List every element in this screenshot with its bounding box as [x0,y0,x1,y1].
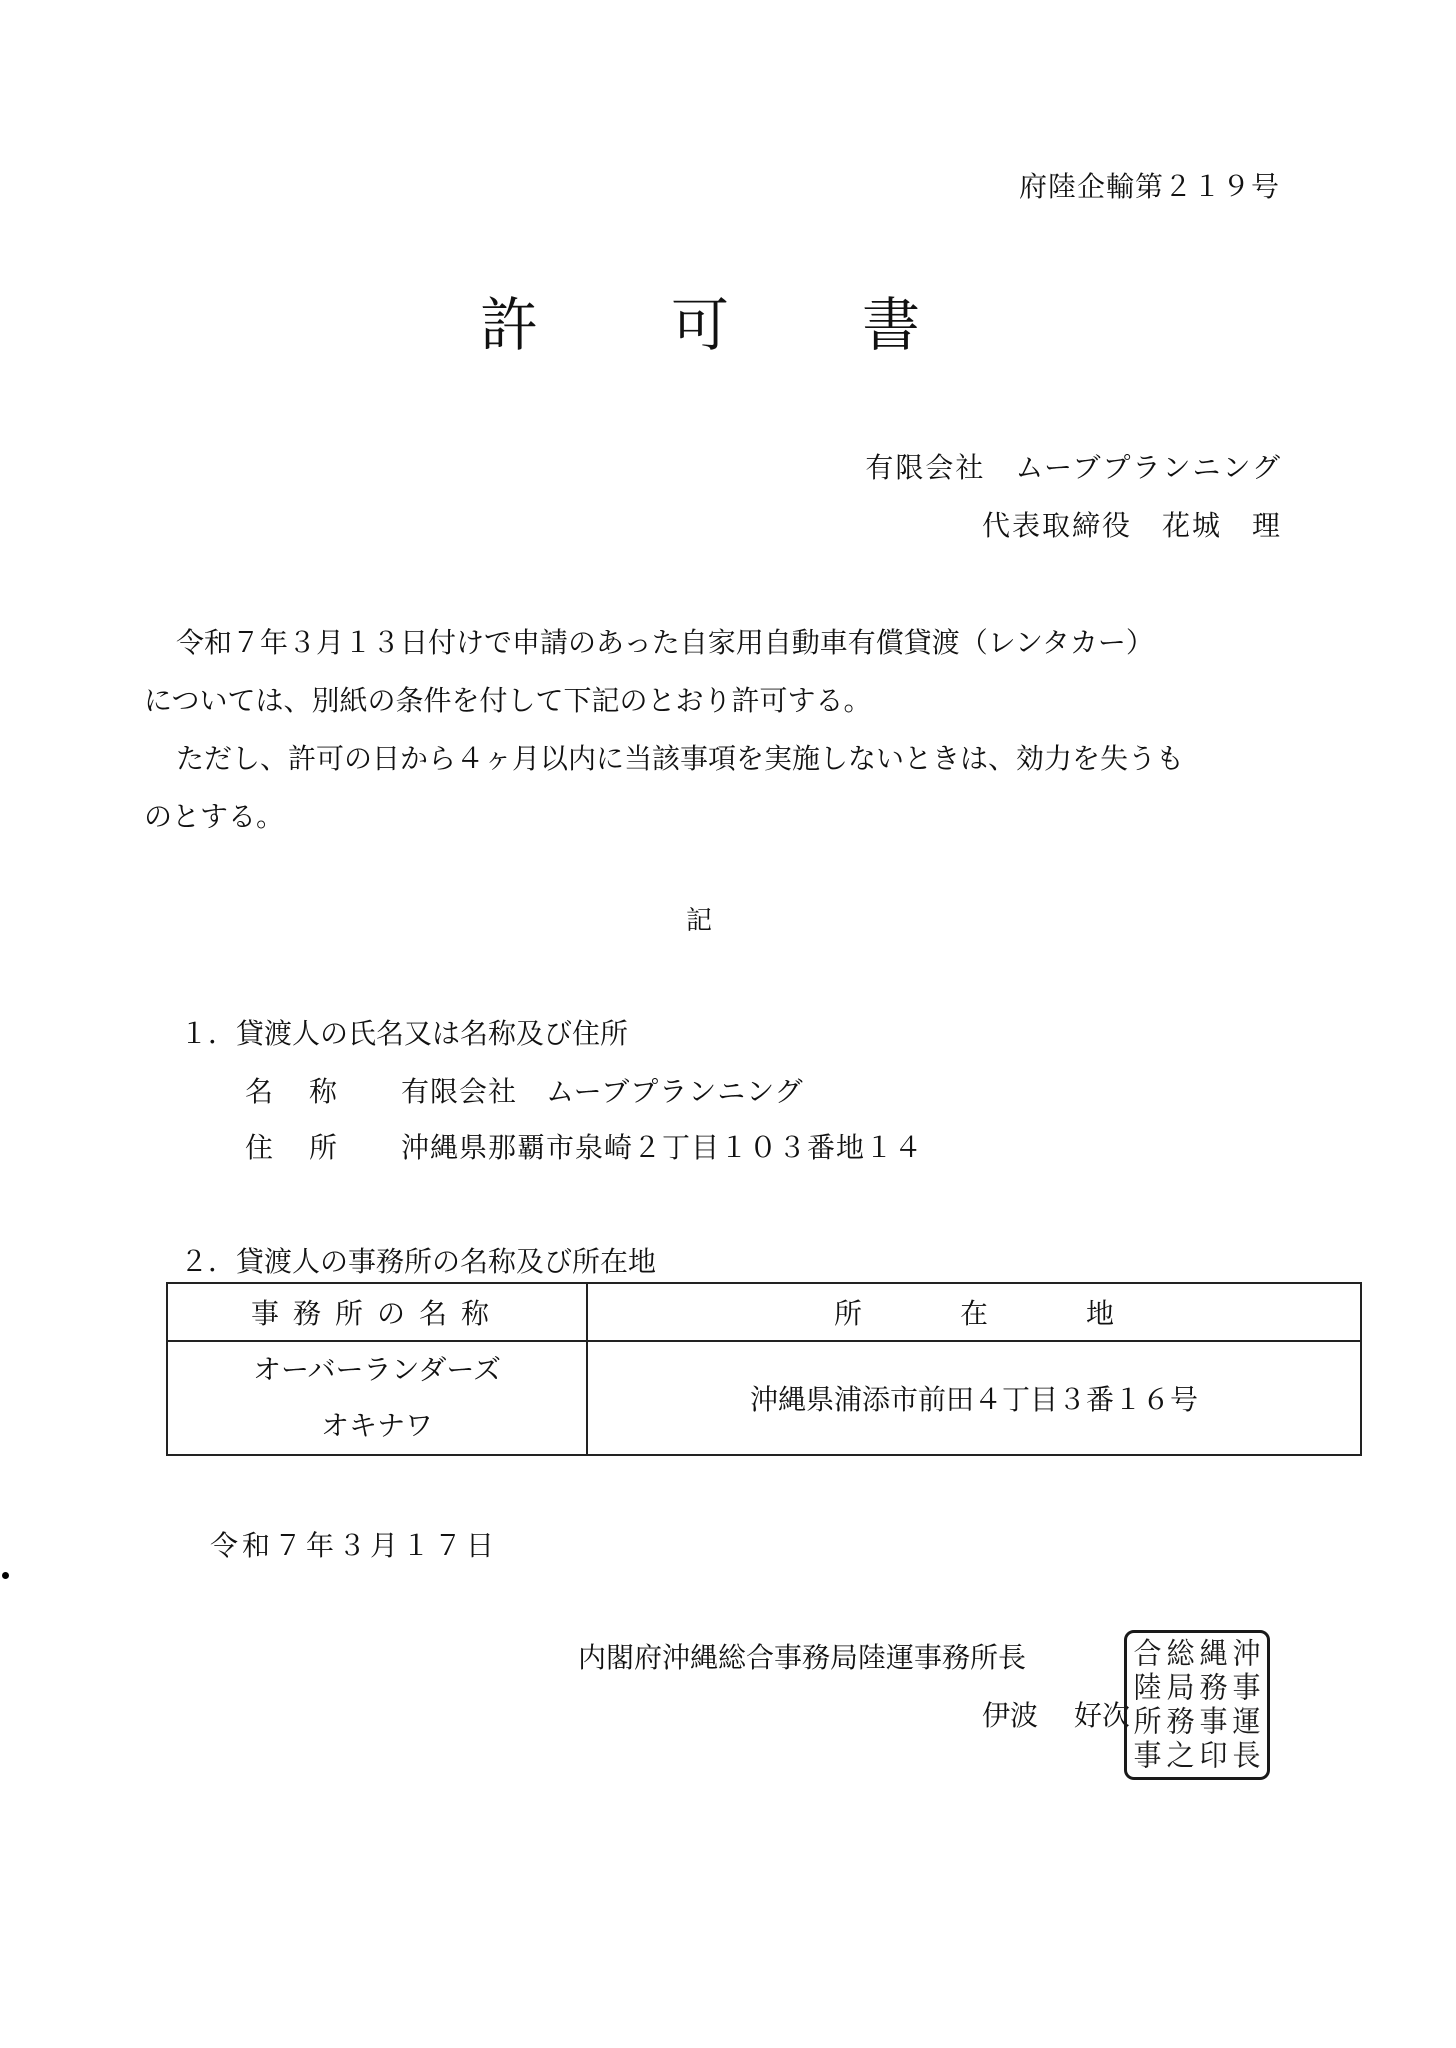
office-name-cell: オーバーランダーズ オキナワ [167,1341,587,1455]
body-line: 令和７年３月１３日付けで申請のあった自家用自動車有償貸渡（レンタカー） [144,614,1294,672]
item1-heading: １．貸渡人の氏名又は名称及び住所 [180,1012,628,1052]
title-char: 書 [862,290,920,360]
recipient-company: 有限会社 ムーブプランニング [865,446,1282,486]
lender-address-label: 住 所 [245,1126,401,1166]
permit-document-page: 府陸企輸第２１９号 許 可 書 有限会社 ムーブプランニング 代表取締役 花城 … [0,0,1456,2048]
header-office-name: 事務所の名称 [167,1283,587,1341]
issue-date: 令和７年３月１７日 [210,1524,498,1564]
header-location: 所 在 地 [587,1283,1361,1341]
office-location-cell: 沖縄県浦添市前田４丁目３番１６号 [587,1341,1361,1455]
lender-name-row: 名 称 有限会社 ムーブプランニング [245,1070,804,1110]
issuer-name: 伊波好次 [982,1694,1130,1734]
lender-address-row: 住 所 沖縄県那覇市泉崎２丁目１０３番地１４ [245,1126,923,1166]
lender-name-label: 名 称 [245,1070,401,1110]
title-char: 許 [480,290,538,360]
lender-name-value: 有限会社 ムーブプランニング [401,1070,804,1110]
recipient-representative: 代表取締役 花城 理 [982,504,1282,544]
body-line: については、別紙の条件を付して下記のとおり許可する。 [144,672,1294,730]
document-number: 府陸企輸第２１９号 [1019,165,1280,205]
lender-address-value: 沖縄県那覇市泉崎２丁目１０３番地１４ [401,1126,923,1166]
table-row: オーバーランダーズ オキナワ 沖縄県浦添市前田４丁目３番１６号 [167,1341,1361,1455]
body-line: のとする。 [144,788,1294,846]
ki-marker: 記 [686,900,712,937]
scan-speck [2,1572,9,1579]
official-seal-stamp: 沖 事 運 長 縄 務 事 印 総 局 務 之 合 陸 所 事 [1124,1630,1270,1780]
office-table: 事務所の名称 所 在 地 オーバーランダーズ オキナワ 沖縄県浦添市前田４丁目３… [166,1282,1362,1456]
title-char: 可 [671,290,729,360]
item2-heading: ２．貸渡人の事務所の名称及び所在地 [180,1240,656,1280]
document-title: 許 可 書 [480,290,920,360]
issuer-organization: 内閣府沖縄総合事務局陸運事務所長 [578,1636,1026,1676]
body-line: ただし、許可の日から４ヶ月以内に当該事項を実施しないときは、効力を失うも [144,730,1294,788]
permit-body-text: 令和７年３月１３日付けで申請のあった自家用自動車有償貸渡（レンタカー） について… [144,614,1294,846]
office-table-header-row: 事務所の名称 所 在 地 [167,1283,1361,1341]
